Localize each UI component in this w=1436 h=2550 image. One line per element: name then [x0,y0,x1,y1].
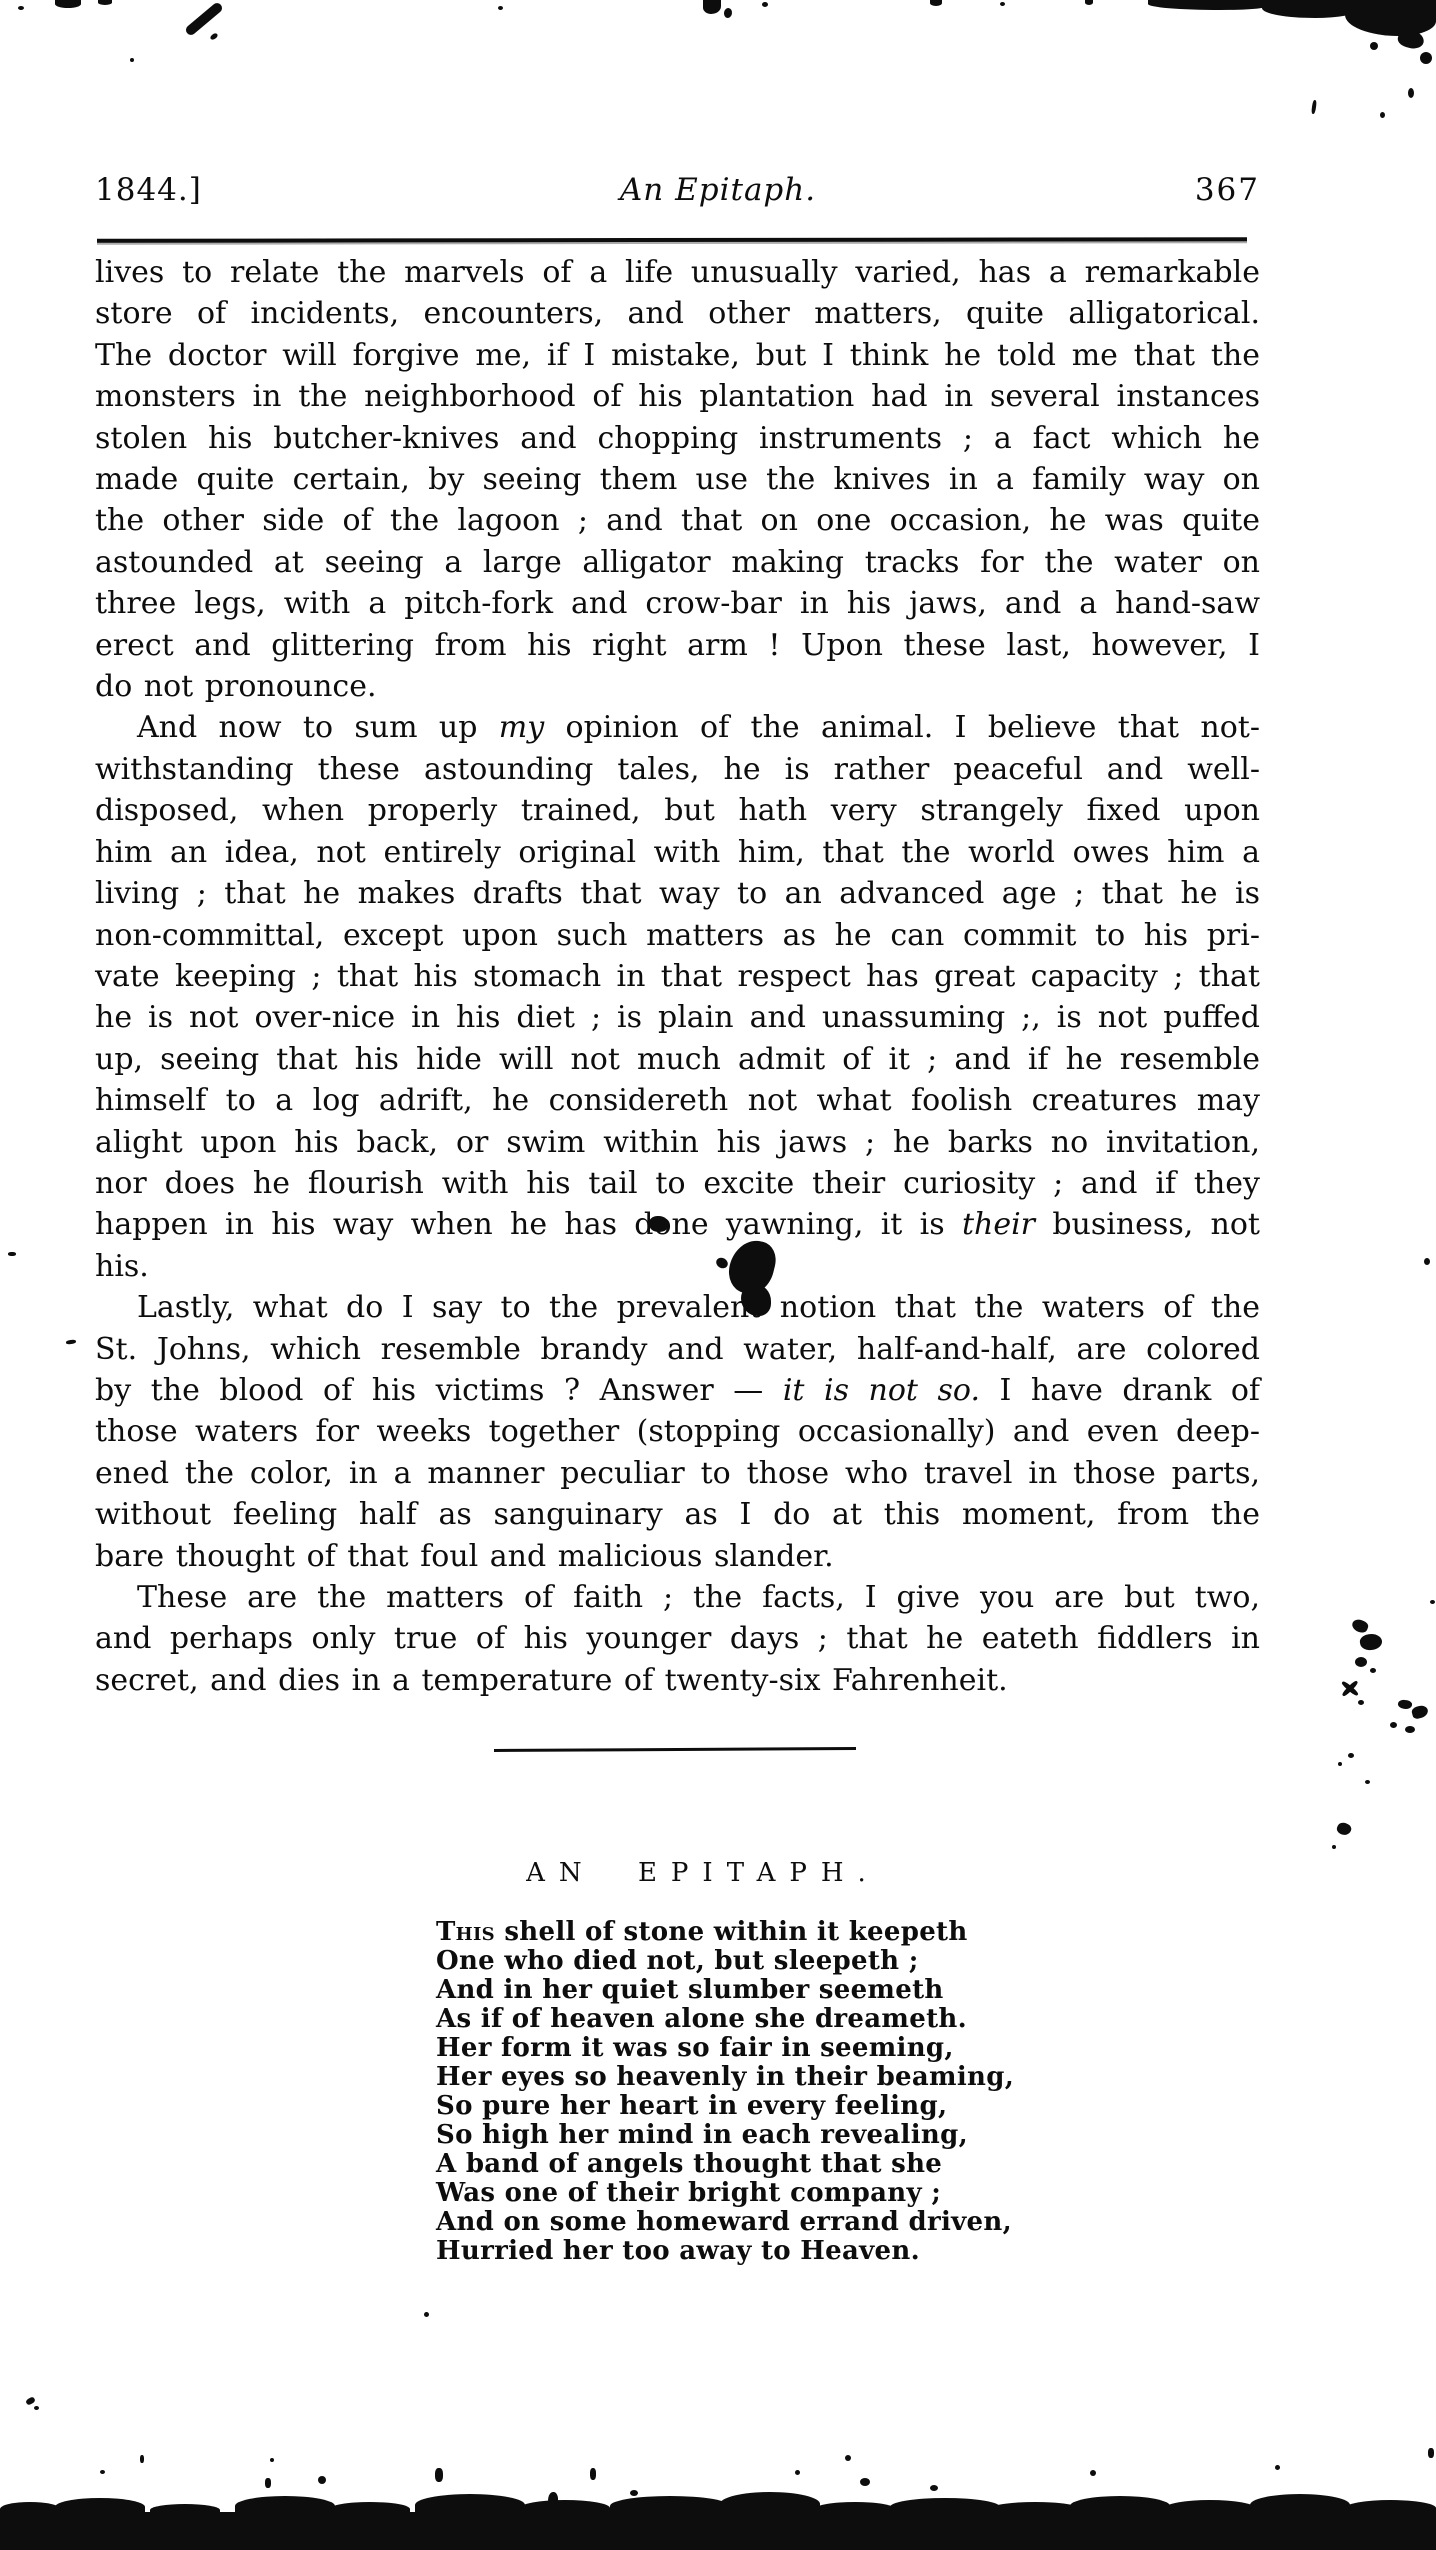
text-line: Lastly, what do I say to the prevalent n… [95,1287,1260,1328]
text-line: living ; that he makes drafts that way t… [95,873,1260,914]
poem-line: As if of heaven alone she dreameth. [436,2005,1014,2034]
scan-speck [98,0,112,5]
text-line: made quite certain, by seeing them use t… [95,459,1260,500]
scan-speck [66,1339,76,1344]
scan-edge-bump [1165,2500,1255,2516]
scan-speck [1370,42,1378,50]
text-line: The doctor will forgive me, if I mistake… [95,335,1260,376]
scan-speck [723,7,733,18]
text-line: three legs, with a pitch-fork and crow-b… [95,583,1260,624]
scan-speck [630,2490,638,2496]
scan-edge-bump [1070,2496,1170,2516]
scan-edge-bump [235,2496,335,2516]
scanned-book-page: 1844.] An Epitaph. 367 lives to relate t… [0,0,1436,2550]
text-line: stolen his butcher-knives and chopping i… [95,418,1260,459]
scan-speck [1390,1722,1397,1728]
scan-speck [1332,1845,1336,1849]
scan-speck [1397,1699,1412,1710]
text-line: up, seeing that his hide will not much a… [95,1039,1260,1080]
scan-speck [130,58,134,62]
scan-speck [1311,100,1317,114]
scan-speck [1358,1700,1364,1705]
scan-speck [1355,1657,1367,1667]
poem-line: Hurried her too away to Heaven. [436,2237,1014,2266]
scan-speck [1405,1726,1415,1733]
poem-line: This shell of stone within it keepeth [436,1918,1014,1947]
text-line: ened the color, in a manner peculiar to … [95,1453,1260,1494]
scan-speck [1408,88,1414,98]
header-rule [97,237,1247,243]
scan-speck [498,6,503,10]
scan-speck [1380,112,1385,118]
text-line: he is not over-nice in his diet ; is pla… [95,997,1260,1038]
scan-edge-bump [0,2502,60,2516]
scan-speck [18,6,24,10]
scan-edge-bump [55,2498,145,2516]
text-line: non-committal, except upon such matters … [95,915,1260,956]
scan-speck [424,2312,429,2317]
text-line: bare thought of that foul and malicious … [95,1536,1260,1577]
scan-speck [795,2470,800,2475]
scan-speck [1348,1753,1354,1758]
section-divider-rule [494,1747,856,1752]
poem-line: And on some homeward errand driven, [436,2208,1014,2237]
scan-speck [590,2468,596,2480]
scan-edge-bump [1345,2500,1436,2516]
scan-speck [860,2478,870,2486]
scan-speck [845,2455,851,2461]
article-body: lives to relate the marvels of a life un… [95,252,1260,1701]
text-line: store of incidents, encounters, and othe… [95,293,1260,334]
scan-speck [1000,2,1005,6]
scan-edge-bump [415,2494,525,2516]
scan-speck [1430,1600,1435,1604]
text-line: do not pronounce. [95,666,1260,707]
poem-line: Her form it was so fair in seeming, [436,2034,1014,2063]
scan-speck [1370,1668,1376,1673]
scan-edge-bottom [0,2512,1436,2550]
poem-line: A band of angels thought that she [436,2150,1014,2179]
scan-edge-bump [150,2504,220,2516]
text-line: those waters for weeks together (stoppin… [95,1411,1260,1452]
scan-speck [930,2485,938,2491]
text-line: astounded at seeing a large alligator ma… [95,542,1260,583]
scan-speck [270,2458,274,2462]
scan-speck [1148,0,1268,10]
poem-line: So high her mind in each revealing, [436,2121,1014,2150]
poem-line: And in her quiet slumber seemeth [436,1976,1014,2005]
scan-speck [1345,0,1436,36]
scan-speck [1411,1704,1430,1720]
text-line: secret, and dies in a temperature of twe… [95,1660,1260,1701]
text-line: the other side of the lagoon ; and that … [95,500,1260,541]
scan-speck [930,0,942,6]
epitaph-poem: This shell of stone within it keepethOne… [436,1918,1014,2266]
scan-speck [703,0,721,14]
scan-speck [184,1,224,37]
scan-speck [1338,1762,1342,1766]
text-line: his. [95,1246,1260,1287]
text-line: lives to relate the marvels of a life un… [95,252,1260,293]
scan-speck [1350,1618,1369,1635]
poem-line: Her eyes so heavenly in their beaming, [436,2063,1014,2092]
text-line: These are the matters of faith ; the fac… [95,1577,1260,1618]
scan-speck [55,0,81,8]
scan-speck [1085,0,1093,5]
scan-speck [1275,2465,1280,2470]
scan-speck [1424,1258,1430,1265]
scan-speck [1335,1821,1353,1838]
text-line: happen in his way when he has done yawni… [95,1204,1260,1245]
scan-speck [25,2396,36,2406]
scan-edge-bump [990,2502,1080,2516]
text-line: himself to a log adrift, he considereth … [95,1080,1260,1121]
scan-edge-bump [1250,2494,1350,2516]
scan-speck [1365,1780,1370,1784]
scan-speck [265,2478,271,2488]
text-line: withstanding these astounding tales, he … [95,749,1260,790]
text-line: without feeling half as sanguinary as I … [95,1494,1260,1535]
text-line: alight upon his back, or swim within his… [95,1122,1260,1163]
poem-line: So pure her heart in every feeling, [436,2092,1014,2121]
scan-speck [1420,52,1432,64]
text-line: St. Johns, which resemble brandy and wat… [95,1329,1260,1370]
text-line: monsters in the neighborhood of his plan… [95,376,1260,417]
scan-speck [1262,0,1358,18]
ink-blot [649,1216,669,1232]
scan-edge-bump [890,2498,1000,2516]
scan-speck [34,2406,39,2410]
text-line: vate keeping ; that his stomach in that … [95,956,1260,997]
text-line: nor does he flourish with his tail to ex… [95,1163,1260,1204]
scan-speck [318,2476,326,2484]
scan-speck [435,2468,443,2482]
scan-speck [1359,1632,1383,1652]
scan-speck [100,2470,105,2474]
ink-blot [741,1284,771,1316]
scan-speck [209,32,218,41]
scan-speck [1428,2448,1434,2458]
scan-speck [1090,2470,1096,2476]
scan-speck [8,1252,16,1256]
scan-speck [140,2455,144,2463]
scan-edge-bump [520,2500,610,2516]
epitaph-heading: AN EPITAPH. [0,1858,1406,1888]
poem-line: Was one of their bright company ; [436,2179,1014,2208]
text-line: him an idea, not entirely original with … [95,832,1260,873]
scan-edge-bump [720,2492,820,2516]
scan-edge-bump [815,2502,895,2516]
scan-edge-bump [610,2496,730,2516]
text-line: and perhaps only true of his younger day… [95,1618,1260,1659]
text-line: And now to sum up my opinion of the anim… [95,707,1260,748]
scan-speck [762,2,768,7]
text-line: erect and glittering from his right arm … [95,625,1260,666]
text-line: by the blood of his victims ? Answer — i… [95,1370,1260,1411]
poem-line: One who died not, but sleepeth ; [436,1947,1014,1976]
header-page-number: 367 [1195,172,1260,208]
scan-edge-bump [330,2502,410,2516]
text-line: disposed, when properly trained, but hat… [95,790,1260,831]
